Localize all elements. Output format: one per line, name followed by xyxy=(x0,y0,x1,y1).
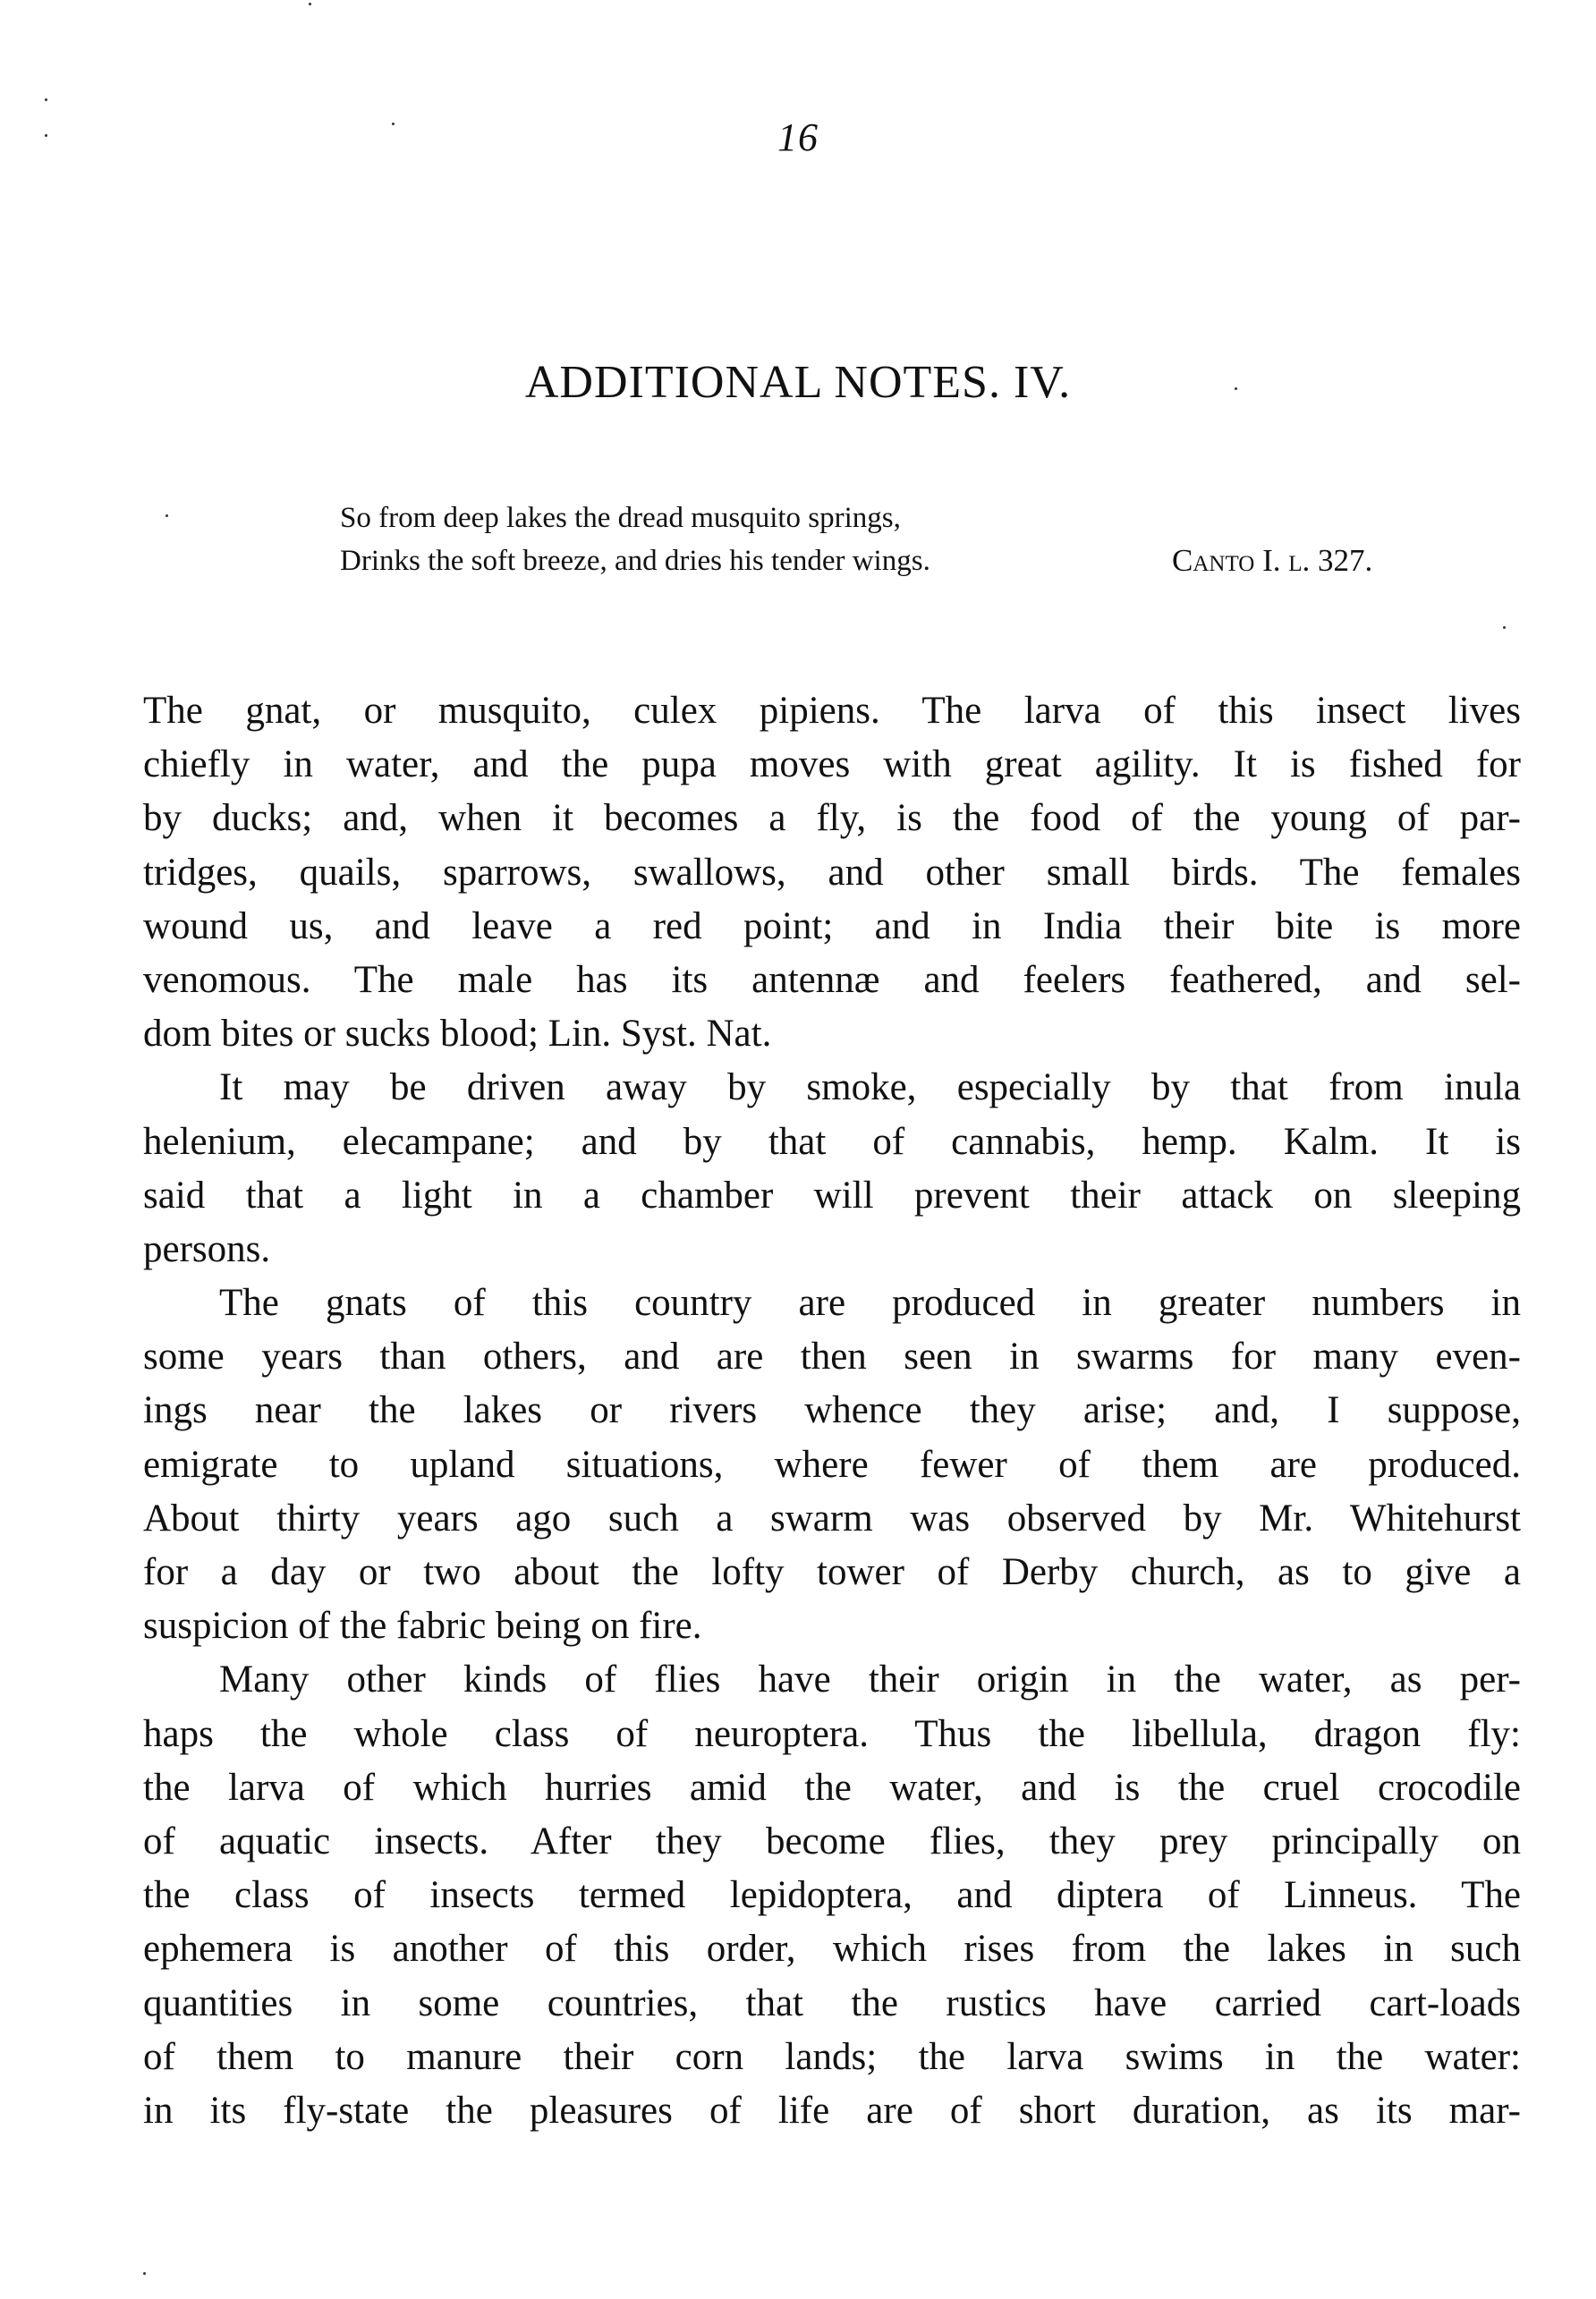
text-line: for a day or two about the lofty tower o… xyxy=(143,1546,1521,1599)
scan-speck xyxy=(1503,626,1506,629)
epigraph-line: So from deep lakes the dread musquito sp… xyxy=(340,496,930,539)
text-line: suspicion of the fabric being on fire. xyxy=(143,1599,1521,1653)
text-line: Many other kinds of flies have their ori… xyxy=(143,1653,1521,1707)
text-line: the class of insects termed lepidoptera,… xyxy=(143,1869,1521,1922)
text-line: helenium, elecampane; and by that of can… xyxy=(143,1116,1521,1169)
scan-speck xyxy=(45,98,47,101)
text-line: It may be driven away by smoke, especial… xyxy=(143,1061,1521,1115)
text-line: in its fly-state the pleasures of life a… xyxy=(143,2084,1521,2138)
epigraph-reference: Canto I. l. 327. xyxy=(1172,539,1372,582)
text-line: dom bites or sucks blood; Lin. Syst. Nat… xyxy=(143,1007,1521,1061)
text-line: haps the whole class of neuroptera. Thus… xyxy=(143,1708,1521,1761)
text-line: wound us, and leave a red point; and in … xyxy=(143,900,1521,954)
scan-speck xyxy=(166,514,168,517)
scan-speck xyxy=(45,134,47,137)
epigraph: So from deep lakes the dread musquito sp… xyxy=(340,496,930,582)
body-text: The gnat, or musquito, culex pipiens. Th… xyxy=(143,684,1521,2138)
text-line: The gnat, or musquito, culex pipiens. Th… xyxy=(143,684,1521,738)
scan-speck xyxy=(143,2272,146,2275)
text-line: venomous. The male has its antennæ and f… xyxy=(143,954,1521,1007)
text-line: some years than others, and are then see… xyxy=(143,1330,1521,1384)
text-line: emigrate to upland situations, where few… xyxy=(143,1438,1521,1492)
section-title: ADDITIONAL NOTES. IV. xyxy=(0,356,1596,409)
scan-speck xyxy=(392,123,395,125)
text-line: the larva of which hurries amid the wate… xyxy=(143,1761,1521,1815)
text-line: persons. xyxy=(143,1223,1521,1277)
scan-speck xyxy=(1235,387,1237,390)
text-line: chiefly in water, and the pupa moves wit… xyxy=(143,738,1521,792)
epigraph-line: Drinks the soft breeze, and dries his te… xyxy=(340,539,930,582)
text-line: The gnats of this country are produced i… xyxy=(143,1277,1521,1330)
text-line: tridges, quails, sparrows, swallows, and… xyxy=(143,846,1521,900)
text-line: said that a light in a chamber will prev… xyxy=(143,1169,1521,1223)
text-line: ephemera is another of this order, which… xyxy=(143,1922,1521,1976)
text-line: quantities in some countries, that the r… xyxy=(143,1977,1521,2031)
text-line: of them to manure their corn lands; the … xyxy=(143,2031,1521,2084)
text-line: of aquatic insects. After they become fl… xyxy=(143,1815,1521,1869)
text-line: About thirty years ago such a swarm was … xyxy=(143,1492,1521,1546)
text-line: ings near the lakes or rivers whence the… xyxy=(143,1384,1521,1438)
page-number: 16 xyxy=(0,115,1596,160)
text-line: by ducks; and, when it becomes a fly, is… xyxy=(143,792,1521,845)
scan-speck xyxy=(309,3,311,5)
